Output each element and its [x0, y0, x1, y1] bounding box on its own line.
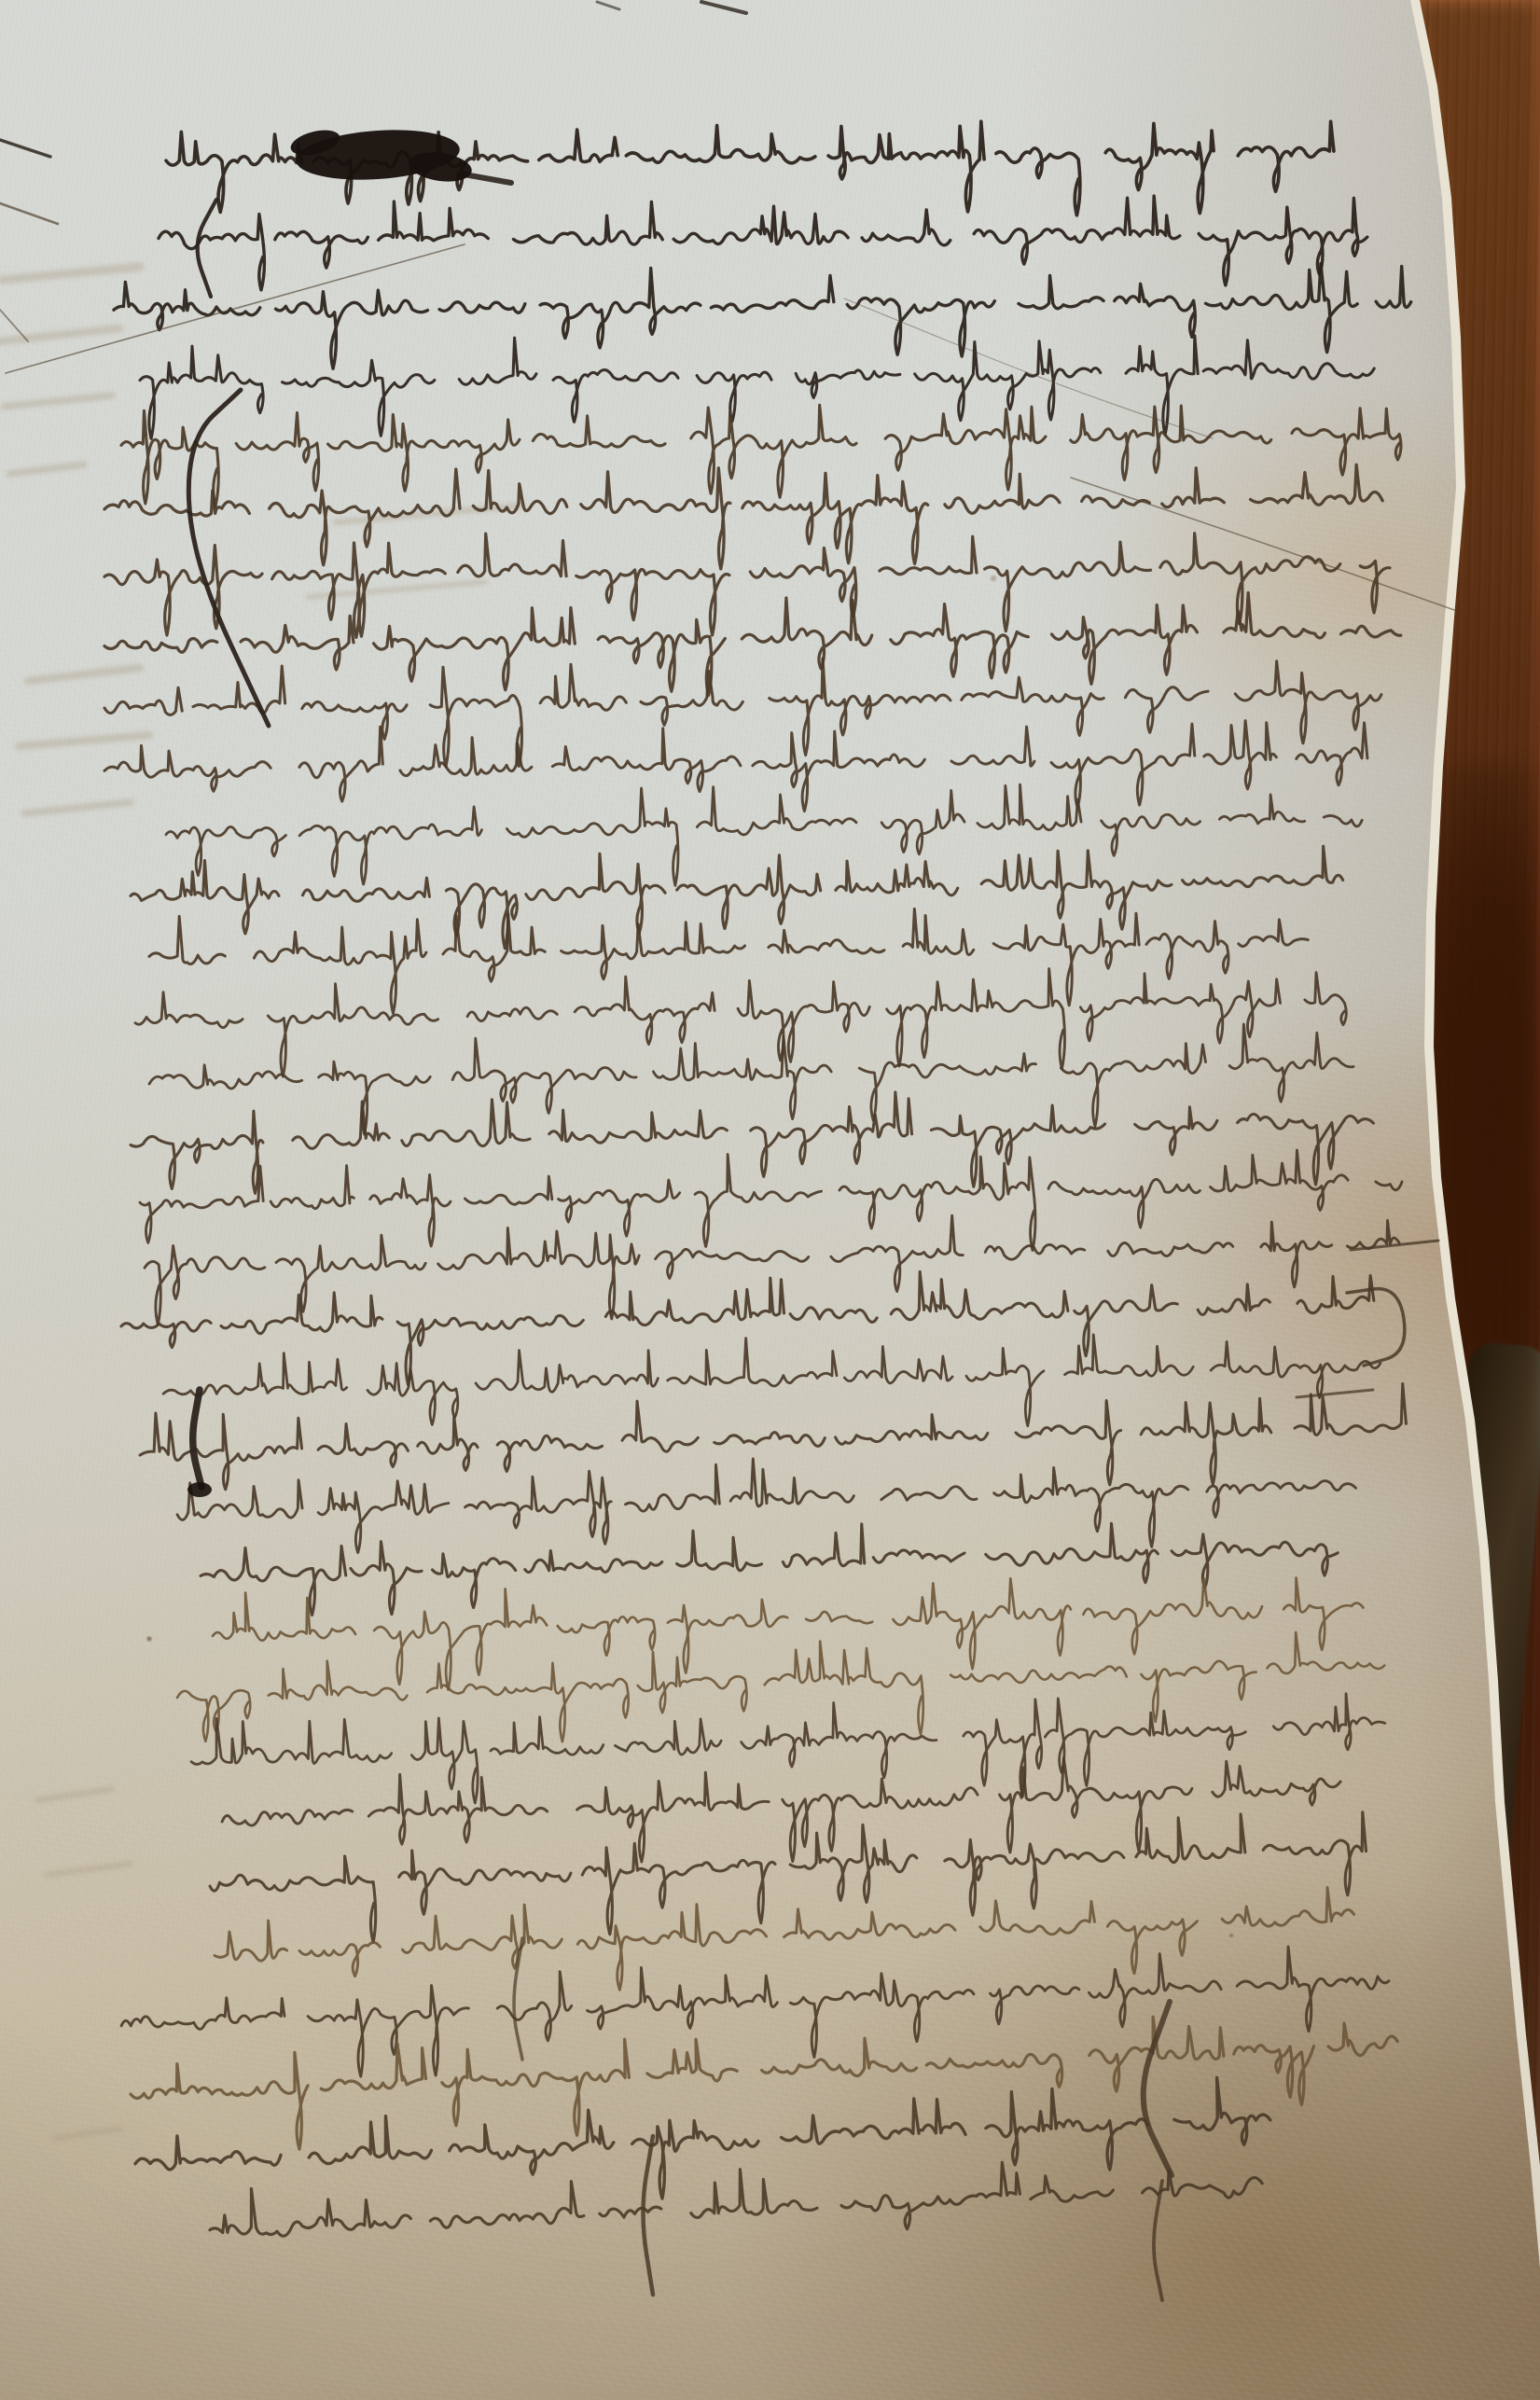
handwriting-line [190, 1686, 1387, 1820]
handwriting-line [148, 1022, 1354, 1141]
handwriting-line [176, 1445, 1357, 1569]
handwriting-line [209, 1809, 1368, 1947]
showthrough-mark [19, 735, 149, 746]
handwriting-line [212, 1565, 1365, 1695]
ink-blot [187, 1482, 212, 1497]
heavy-descender [193, 1390, 201, 1487]
top-edge-mark [701, 2, 746, 13]
flourish-marks [0, 2, 1457, 2300]
handwriting-line [114, 263, 1411, 370]
handwriting-ink-layer [0, 0, 1540, 2400]
handwriting-line [221, 1746, 1342, 1878]
handwriting-line [200, 1513, 1339, 1618]
handwriting-line [120, 1942, 1392, 2087]
top-edge-mark [597, 2, 619, 9]
showthrough-mark [24, 802, 131, 813]
long-descender [514, 1938, 522, 2060]
showthrough-mark [2, 267, 140, 280]
handwriting-line [104, 461, 1383, 574]
text-block [104, 119, 1411, 2258]
long-descender [1154, 2181, 1162, 2300]
handwriting-line [104, 591, 1402, 701]
showthrough-layer [0, 267, 522, 2138]
photo-of-manuscript [0, 0, 1540, 2400]
tail-dash [1297, 1390, 1373, 1397]
handwriting-line [121, 400, 1402, 507]
handwriting-line [208, 2146, 1263, 2258]
handwriting-line [104, 714, 1367, 819]
big-flourish [1144, 2002, 1172, 2175]
showthrough-mark [47, 1864, 131, 1875]
handwriting-line [159, 195, 1367, 291]
handwriting-line [129, 2005, 1399, 2156]
margin-stroke [0, 203, 58, 224]
capital-flourish [188, 390, 269, 726]
handwriting-line [140, 332, 1375, 442]
handwriting-line [214, 1878, 1356, 2005]
showthrough-mark [9, 465, 84, 474]
showthrough-mark [37, 1789, 112, 1800]
showthrough-mark [56, 2129, 121, 2138]
capital-flourish [198, 200, 216, 297]
handwriting-line [148, 898, 1309, 1020]
handwriting-line [139, 1143, 1403, 1266]
pen-hairline [6, 244, 465, 373]
handwriting-line [104, 524, 1391, 642]
handwriting-line [134, 964, 1347, 1084]
long-descender [644, 2136, 654, 2295]
showthrough-mark [4, 395, 112, 407]
pen-hairline [1071, 478, 1457, 611]
margin-stroke [0, 140, 50, 157]
showthrough-mark [28, 668, 140, 681]
